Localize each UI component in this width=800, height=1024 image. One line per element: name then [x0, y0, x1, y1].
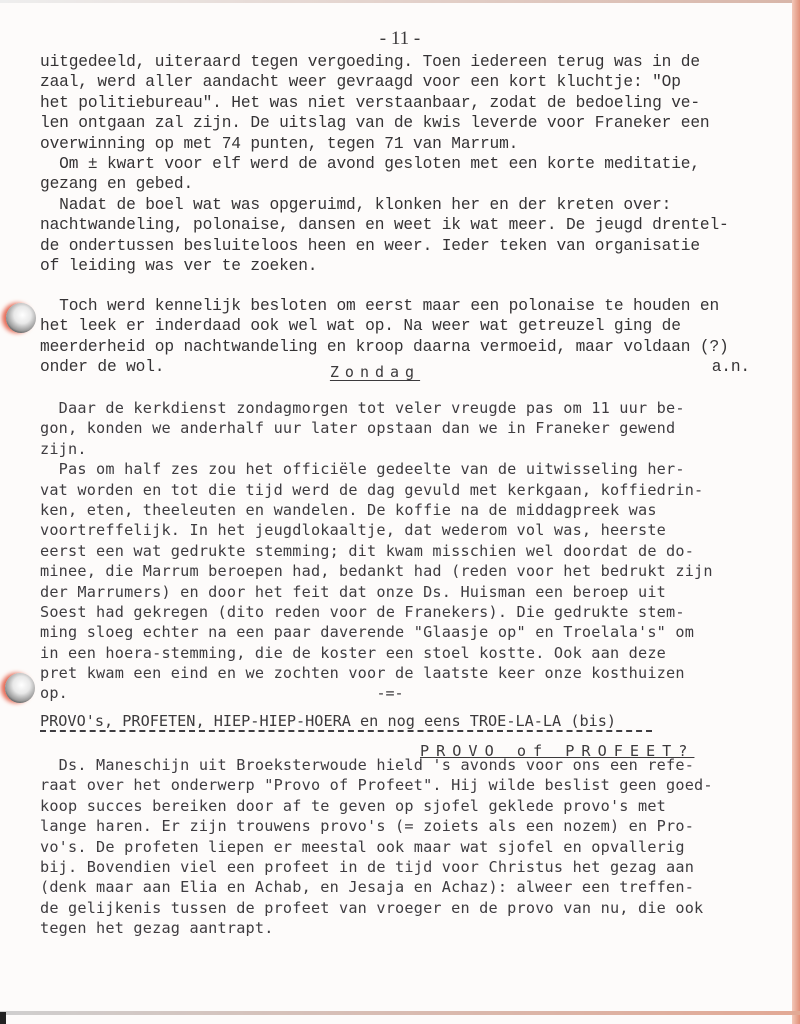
section-separator: -=- — [0, 684, 780, 702]
text-line: vat worden en tot die tijd werd de dag g… — [40, 480, 750, 500]
text-line: de ondertussen besluiteloos heen en weer… — [40, 236, 750, 256]
provo-section-title: PROVO's, PROFETEN, HIEP-HIEP-HOERA en no… — [40, 712, 616, 730]
section-heading-zondag: Zondag — [0, 363, 750, 381]
sunday-paragraphs: Daar de kerkdienst zondagmorgen tot vele… — [40, 398, 750, 704]
page-number: - 11 - — [0, 28, 800, 50]
text-line: Nadat de boel wat was opgeruimd, klonken… — [40, 195, 750, 215]
saturday-paragraphs: uitgedeeld, uiteraard tegen vergoeding. … — [40, 52, 750, 276]
text-line: het politiebureau". Het was niet verstaa… — [40, 93, 750, 113]
text-line: overwinning op met 74 punten, tegen 71 v… — [40, 134, 750, 154]
dashed-underline — [40, 730, 652, 732]
text-line: zaal, werd aller aandacht weer gevraagd … — [40, 72, 750, 92]
text-line: Toch werd kennelijk besloten om eerst ma… — [40, 296, 750, 316]
text-line: koop succes bereiken door af te geven op… — [40, 796, 750, 816]
text-line: lange haren. Er zijn trouwens provo's (=… — [40, 816, 750, 836]
text-line: tegen het gezag aantrapt. — [40, 918, 750, 938]
text-line: bij. Bovendien viel een profeet in de ti… — [40, 857, 750, 877]
heading-text: Zondag — [330, 363, 420, 381]
text-line: de gelijkenis tussen de profeet van vroe… — [40, 898, 750, 918]
text-line: het leek er inderdaad ook wel wat op. Na… — [40, 316, 750, 336]
text-line: Pas om half zes zou het officiële gedeel… — [40, 459, 750, 479]
text-line: gezang en gebed. — [40, 174, 750, 194]
text-line: raat over het onderwerp "Provo of Profee… — [40, 775, 750, 795]
text-line: ming sloeg echter na een paar daverende … — [40, 622, 750, 642]
text-line: (denk maar aan Elia en Achab, en Jesaja … — [40, 877, 750, 897]
text-line: pret kwam een eind en we zochten voor de… — [40, 663, 750, 683]
text-line: zijn. — [40, 439, 750, 459]
text-line: eerst een wat gedrukte stemming; dit kwa… — [40, 541, 750, 561]
text-line: of leiding was ver te zoeken. — [40, 256, 750, 276]
text-line: uitgedeeld, uiteraard tegen vergoeding. … — [40, 52, 750, 72]
text-line: in een hoera-stemming, die de koster een… — [40, 643, 750, 663]
text-line: Daar de kerkdienst zondagmorgen tot vele… — [40, 398, 750, 418]
provo-paragraphs: Ds. Maneschijn uit Broeksterwoude hield … — [40, 755, 750, 939]
text-line: ken, eten, theeleuten en wandelen. De ko… — [40, 500, 750, 520]
text-line: vo's. De profeten liepen er meestal ook … — [40, 837, 750, 857]
scan-corner — [0, 1012, 6, 1024]
text-line: Ds. Maneschijn uit Broeksterwoude hield … — [40, 755, 750, 775]
text-line: minee, die Marrum beroepen had, bedankt … — [40, 561, 750, 581]
text-line: Soest had gekregen (dito reden voor de F… — [40, 602, 750, 622]
text-line: meerderheid op nachtwandeling en kroop d… — [40, 337, 750, 357]
page-edge-bottom — [0, 1011, 800, 1015]
page-edge-right — [792, 0, 800, 1024]
text-line: voortreffelijk. In het jeugdlokaaltje, d… — [40, 520, 750, 540]
text-line: len ontgaan zal zijn. De uitslag van de … — [40, 113, 750, 133]
punch-hole-icon — [6, 303, 36, 333]
text-line: gon, konden we anderhalf uur later opsta… — [40, 418, 750, 438]
text-line: Om ± kwart voor elf werd de avond geslot… — [40, 154, 750, 174]
text-line: der Marrumers) en door het feit dat onze… — [40, 582, 750, 602]
text-line: nachtwandeling, polonaise, dansen en wee… — [40, 215, 750, 235]
page-edge-top — [0, 0, 800, 3]
